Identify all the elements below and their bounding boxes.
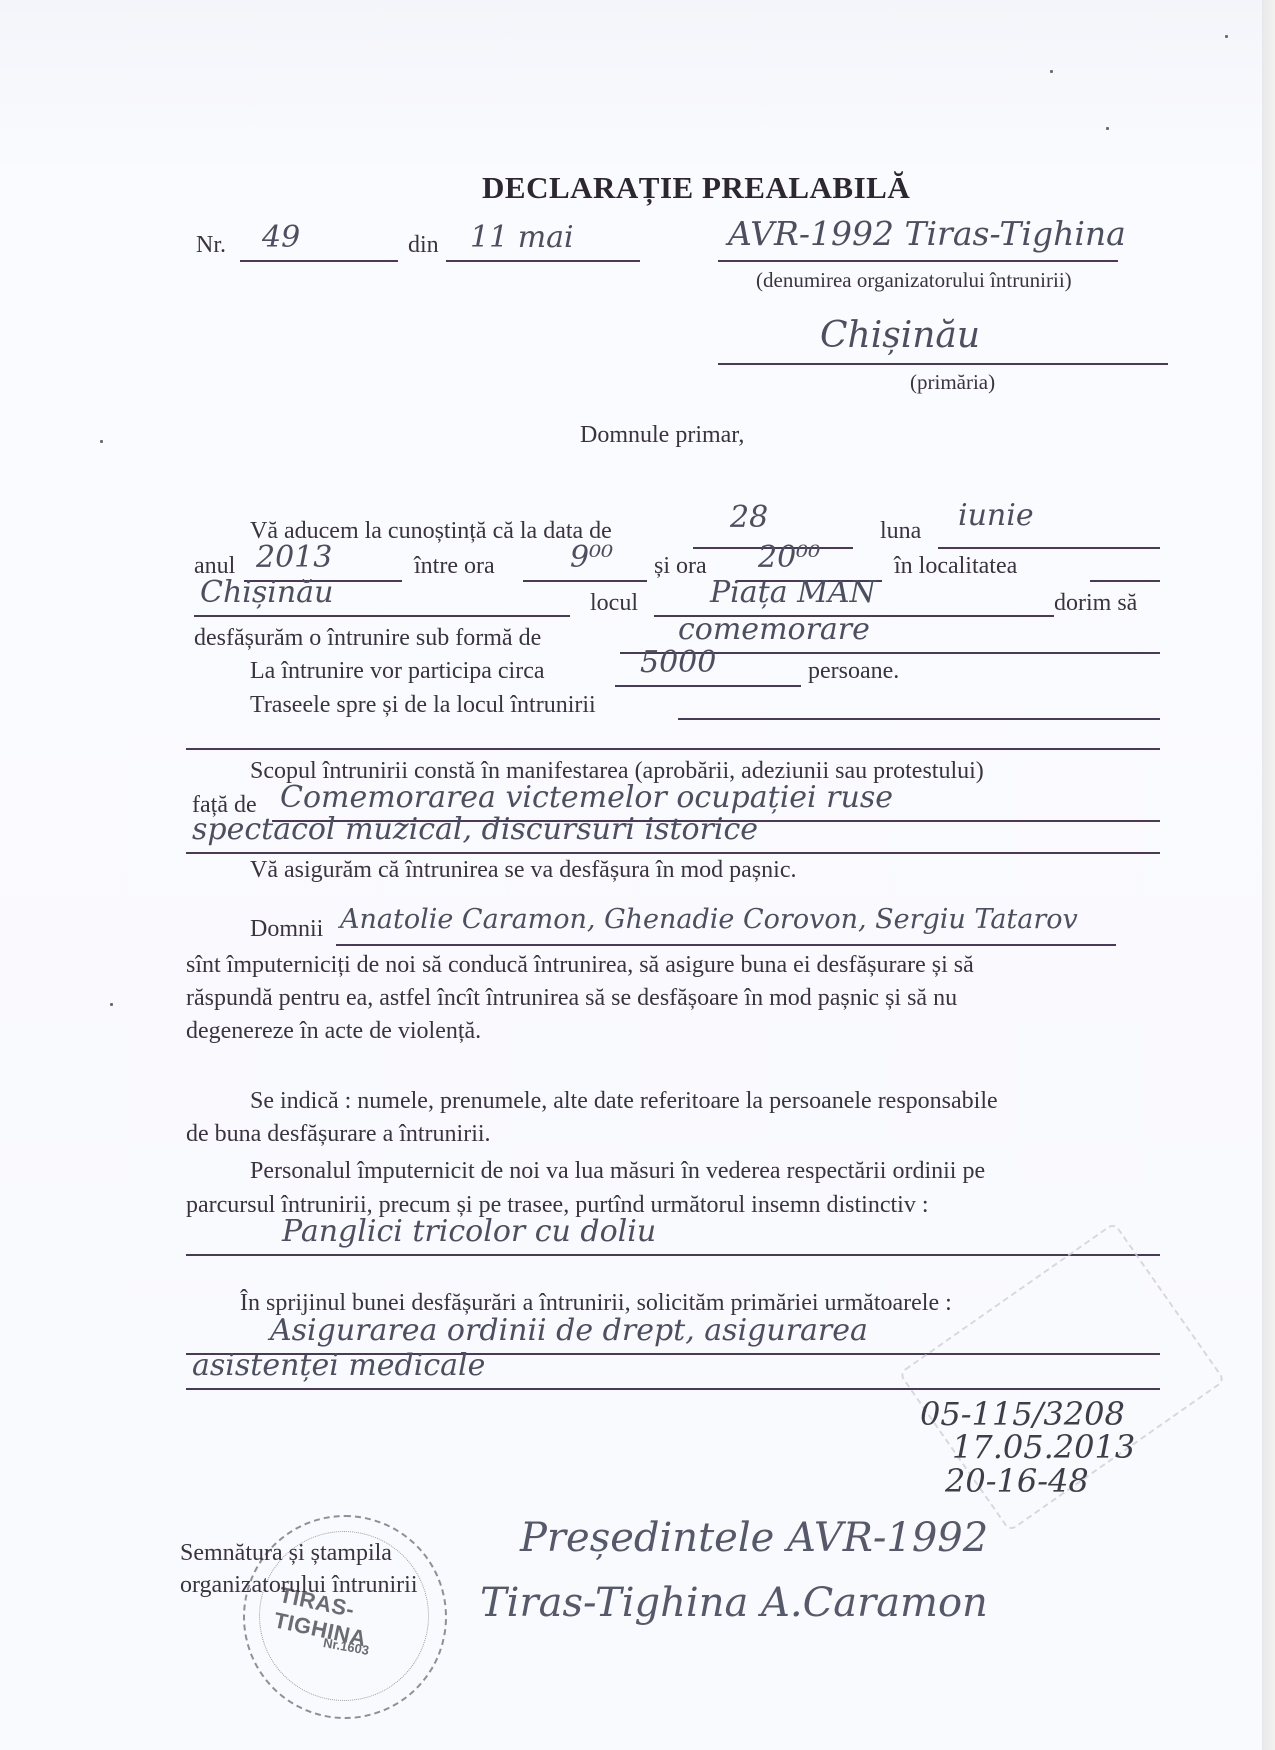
din-label: din <box>408 232 439 259</box>
scan-speck <box>1106 127 1109 130</box>
domnii-label: Domnii <box>250 916 323 943</box>
responsible-line-2: răspundă pentru ea, astfel încît întruni… <box>186 985 957 1012</box>
month-value: iunie <box>958 498 1034 533</box>
organizer-value: AVR-1992 Tiras-Tighina <box>728 214 1126 253</box>
scan-edge <box>1262 0 1275 1750</box>
document-page: DECLARAȚIE PREALABILĂ Nr. 49 din 11 mai … <box>0 0 1262 1750</box>
signature-label-2: organizatorului întrunirii <box>180 1572 418 1599</box>
nr-field-line <box>240 260 398 262</box>
support-value-1: Asigurarea ordinii de drept, asigurarea <box>270 1313 868 1348</box>
day-value: 28 <box>730 500 768 535</box>
place-value: Piața MAN <box>710 575 876 610</box>
purpose-value-1: Comemorarea victemelor ocupației ruse <box>280 780 893 815</box>
luna-label: luna <box>880 518 921 545</box>
scan-speck <box>1050 70 1053 73</box>
si-ora-label: și ora <box>654 553 707 580</box>
insignia-field-line <box>186 1254 1160 1256</box>
month-field-line <box>938 547 1160 549</box>
scan-speck <box>100 440 103 443</box>
document-title: DECLARAȚIE PREALABILĂ <box>482 170 910 206</box>
participants-value: 5000 <box>640 645 716 680</box>
indication-line-2: de buna desfășurare a întrunirii. <box>186 1121 491 1148</box>
assurance-text: Vă asigurăm că întrunirea se va desfășur… <box>250 857 796 884</box>
organizer-caption: (denumirea organizatorului întrunirii) <box>756 268 1072 293</box>
registration-time: 20-16-48 <box>945 1462 1089 1500</box>
organizer-field-line <box>718 260 1118 262</box>
names-field-line <box>336 944 1116 946</box>
end-hour-value: 20⁰⁰ <box>758 540 820 575</box>
participants-field-line <box>615 685 801 687</box>
nr-label: Nr. <box>196 232 226 259</box>
nr-value: 49 <box>262 220 300 255</box>
trasee-text: Traseele spre și de la locul întrunirii <box>250 692 596 719</box>
salutation: Domnule primar, <box>580 422 744 449</box>
indication-line-1: Se indică : numele, prenumele, alte date… <box>250 1088 998 1115</box>
mayoralty-caption: (primăria) <box>910 370 995 395</box>
responsible-line-1: sînt împuterniciți de noi să conducă înt… <box>186 952 974 979</box>
localitate-label: în localitatea <box>894 553 1017 580</box>
participa-text: La întrunire vor participa circa <box>250 658 545 685</box>
trasee-field-line-2 <box>186 748 1160 750</box>
trasee-field-line <box>678 718 1160 720</box>
year-value: 2013 <box>256 540 332 575</box>
signature-hw-2: Tiras-Tighina A.Caramon <box>480 1580 988 1626</box>
din-value: 11 mai <box>470 220 574 255</box>
din-field-line <box>446 260 640 262</box>
locality-field-line <box>194 615 570 617</box>
start-hour-value: 9⁰⁰ <box>570 540 613 575</box>
purpose-line-2 <box>186 852 1160 854</box>
mayoralty-field-line <box>718 363 1168 365</box>
names-value: Anatolie Caramon, Ghenadie Corovon, Serg… <box>340 904 1078 935</box>
purpose-value-2: spectacol muzical, discursuri istorice <box>192 812 758 847</box>
scan-speck <box>110 1003 113 1006</box>
dorim-label: dorim să <box>1054 590 1137 617</box>
intre-ora-label: între ora <box>414 553 495 580</box>
mayoralty-value: Chișinău <box>820 315 980 356</box>
personnel-line-1: Personalul împuternicit de noi va lua mă… <box>250 1158 985 1185</box>
localitate-field-line <box>1090 580 1160 582</box>
forma-text: desfășurăm o întrunire sub formă de <box>194 625 541 652</box>
responsible-line-3: degenereze în acte de violență. <box>186 1018 481 1045</box>
registration-date: 17.05.2013 <box>952 1428 1135 1466</box>
start-hour-field-line <box>523 580 647 582</box>
scan-speck <box>1225 35 1228 38</box>
locul-label: locul <box>590 590 638 617</box>
support-value-2: asistenței medicale <box>192 1348 485 1383</box>
locality-value: Chișinău <box>200 575 333 610</box>
form-value: comemorare <box>678 612 870 647</box>
signature-label-1: Semnătura și ștampila <box>180 1540 392 1567</box>
insignia-value: Panglici tricolor cu doliu <box>282 1214 656 1249</box>
signature-hw-1: Președintele AVR-1992 <box>520 1515 988 1561</box>
persoane-label: persoane. <box>808 658 899 685</box>
